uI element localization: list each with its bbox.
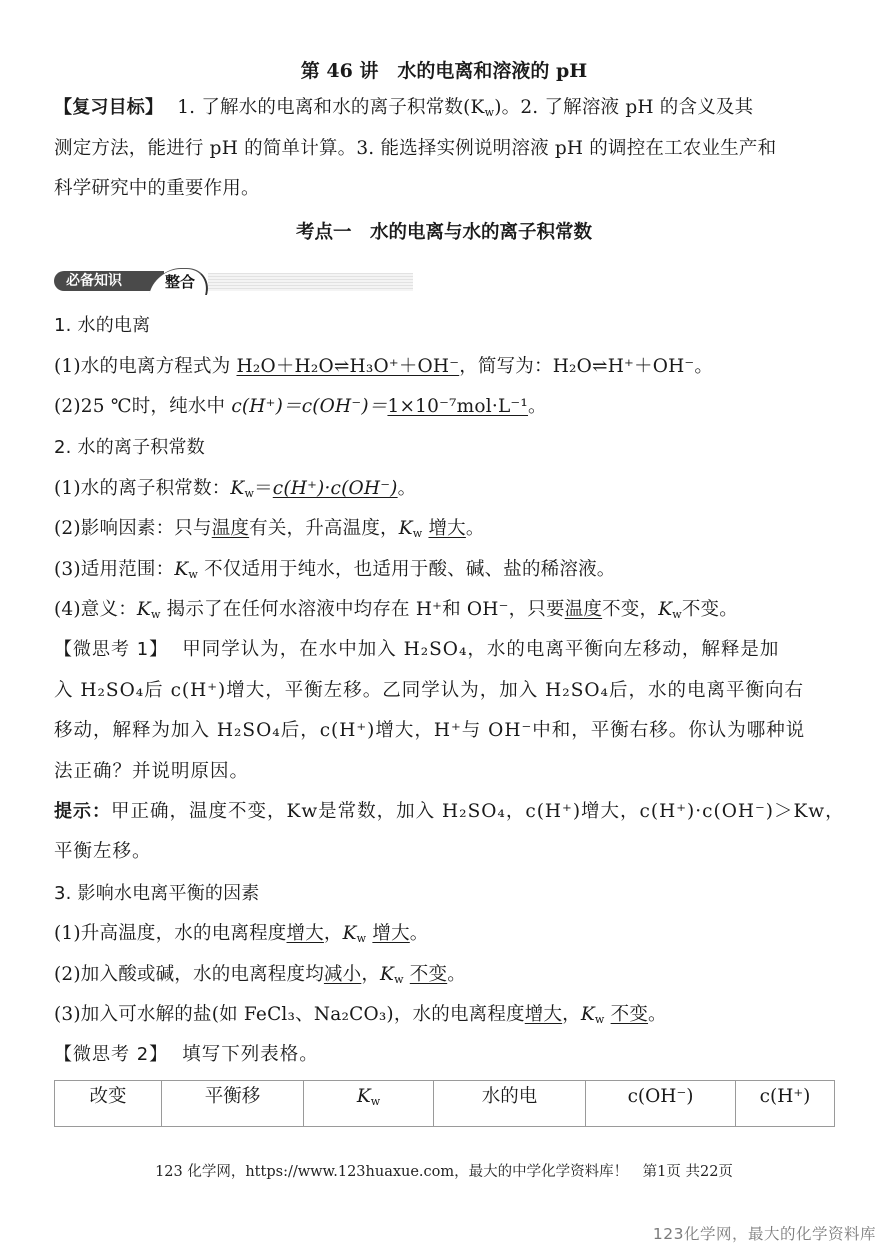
table-header-cell: c(H⁺) xyxy=(736,1081,835,1127)
table-header-cell: c(OH⁻) xyxy=(586,1081,736,1127)
heading-water-ionization: 1. 水的电离 xyxy=(54,314,150,338)
section-badge: 必备知识 整合 xyxy=(54,268,414,294)
answer-concentration: 1×10⁻⁷mol·L⁻¹ xyxy=(387,396,528,417)
answer-equation: H₂O＋H₂O⇌H₃O⁺＋OH⁻ xyxy=(237,356,460,377)
review-goals-line-3: 科学研究中的重要作用。 xyxy=(54,177,260,201)
think2-line: 【微思考 2】填写下列表格。 xyxy=(54,1043,319,1067)
hint-line-1: 提示：甲正确，温度不变，Kw是常数，加入 H₂SO₄，c(H⁺)增大，c(H⁺)… xyxy=(54,800,845,824)
heading-influence-factors: 3. 影响水电离平衡的因素 xyxy=(54,882,260,906)
table-header-cell: 水的电 xyxy=(434,1081,586,1127)
think1-line-4: 法正确？并说明原因。 xyxy=(54,760,249,784)
badge-dark-label: 必备知识 xyxy=(54,271,164,291)
table-header-cell: Kw xyxy=(304,1081,434,1127)
s3-item-2: (2)加入酸或碱，水的电离程度均减小，Kw 不变。 xyxy=(54,963,466,987)
review-goals-line-2: 测定方法，能进行 pH 的简单计算。3. 能选择实例说明溶液 pH 的调控在工农… xyxy=(54,137,776,161)
table-header-cell: 改变 xyxy=(55,1081,162,1127)
s2-item-3: (3)适用范围：Kw 不仅适用于纯水，也适用于酸、碱、盐的稀溶液。 xyxy=(54,558,615,582)
think2-label: 【微思考 2】 xyxy=(54,1044,168,1065)
answer-kw-expression: c(H⁺)·c(OH⁻) xyxy=(273,478,398,499)
s2-item-2: (2)影响因素：只与温度有关，升高温度，Kw 增大。 xyxy=(54,517,485,541)
watermark: 123化学网，最大的化学资料库 xyxy=(653,1222,876,1244)
hint-line-2: 平衡左移。 xyxy=(54,840,152,864)
review-goals-label: 【复习目标】 xyxy=(54,97,163,118)
s1-item-2: (2)25 ℃时，纯水中 c(H⁺)＝c(OH⁻)＝1×10⁻⁷mol·L⁻¹。 xyxy=(54,395,547,419)
think1-line-3: 移动，解释为加入 H₂SO₄后，c(H⁺)增大，H⁺与 OH⁻中和，平衡右移。你… xyxy=(54,719,805,743)
table-header-row: 改变 平衡移 Kw 水的电 c(OH⁻) c(H⁺) xyxy=(55,1081,835,1127)
s2-item-1: (1)水的离子积常数：Kw＝c(H⁺)·c(OH⁻)。 xyxy=(54,477,416,501)
effects-table: 改变 平衡移 Kw 水的电 c(OH⁻) c(H⁺) xyxy=(54,1080,835,1127)
lecture-title: 第 46 讲 水的电离和溶液的 pH xyxy=(0,56,888,83)
review-goals-line-1: 【复习目标】1. 了解水的电离和水的离子积常数(Kw)。2. 了解溶液 pH 的… xyxy=(54,96,753,120)
s1-item-1: (1)水的电离方程式为 H₂O＋H₂O⇌H₃O⁺＋OH⁻，简写为：H₂O⇌H⁺＋… xyxy=(54,355,713,379)
think1-line-1: 【微思考 1】甲同学认为，在水中加入 H₂SO₄，水的电离平衡向左移动，解释是加 xyxy=(54,638,779,662)
s3-item-1: (1)升高温度，水的电离程度增大，Kw 增大。 xyxy=(54,922,428,946)
think1-label: 【微思考 1】 xyxy=(54,639,168,660)
heading-ion-product: 2. 水的离子积常数 xyxy=(54,436,205,460)
page-footer: 123 化学网，https://www.123huaxue.com，最大的中学化… xyxy=(0,1160,888,1181)
badge-light-label: 整合 xyxy=(158,270,202,294)
section-title: 考点一 水的电离与水的离子积常数 xyxy=(0,218,888,244)
table-header-cell: 平衡移 xyxy=(162,1081,304,1127)
s3-item-3: (3)加入可水解的盐(如 FeCl₃、Na₂CO₃)，水的电离程度增大，Kw 不… xyxy=(54,1003,667,1027)
s2-item-4: (4)意义：Kw 揭示了在任何水溶液中均存在 H⁺和 OH⁻，只要温度不变，Kw… xyxy=(54,598,738,622)
think1-line-2: 入 H₂SO₄后 c(H⁺)增大，平衡左移。乙同学认为，加入 H₂SO₄后，水的… xyxy=(54,679,804,703)
badge-stripe-decoration xyxy=(208,273,413,291)
hint-label: 提示： xyxy=(54,801,111,822)
